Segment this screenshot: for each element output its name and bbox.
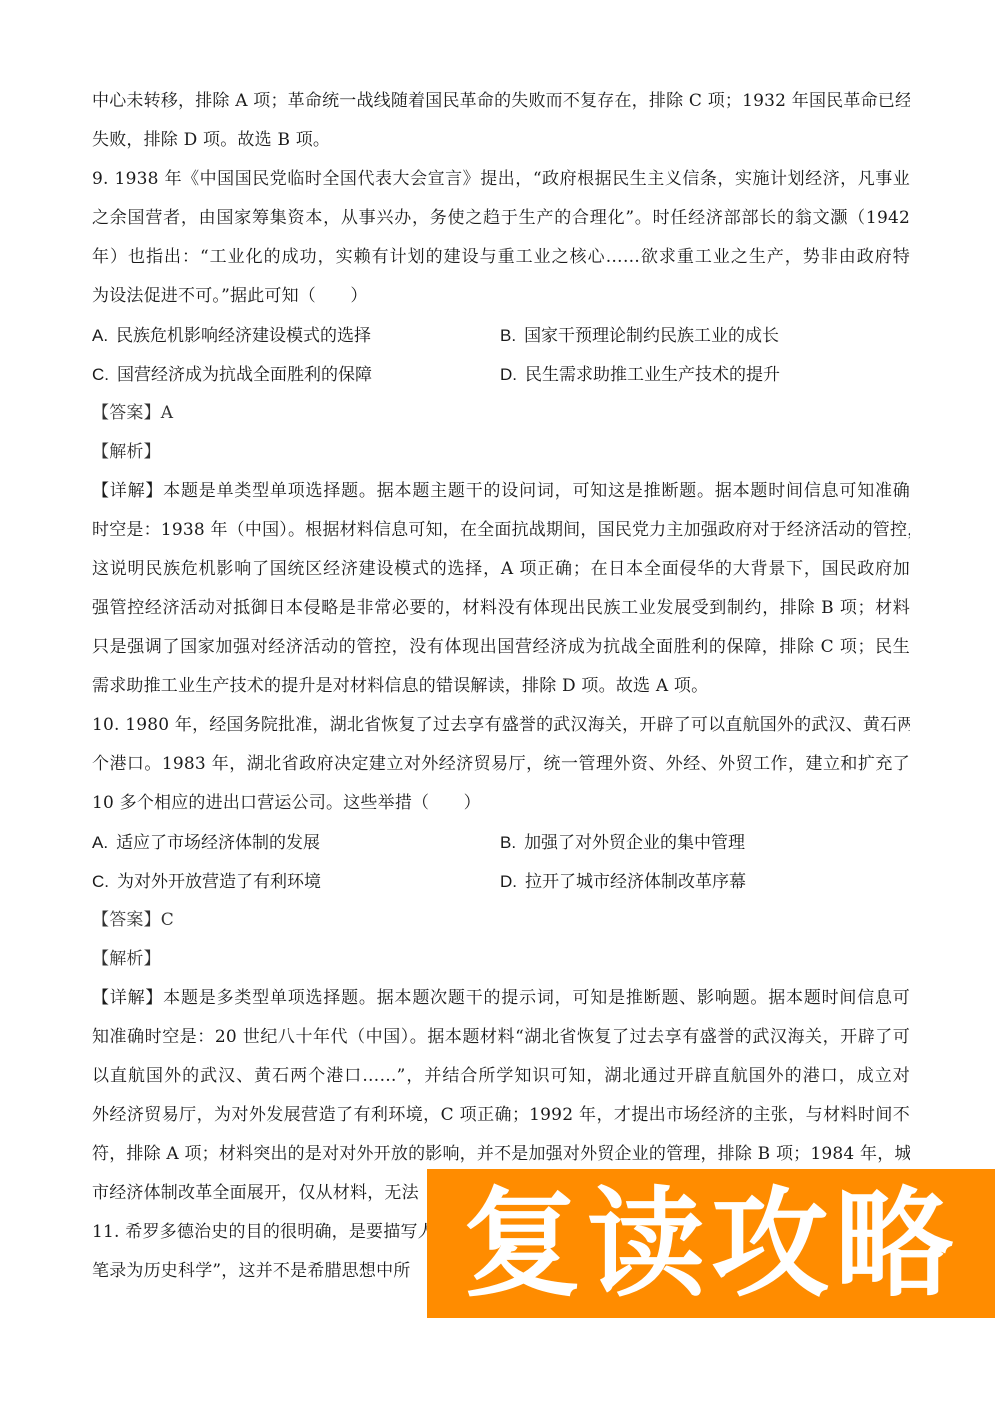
option-letter: D. bbox=[500, 872, 517, 891]
q9-analysis-label: 【解析】 bbox=[92, 433, 912, 472]
q10-option-a: A.适应了市场经济体制的发展 bbox=[92, 823, 320, 863]
q9-stem-line-3: 年）也指出：“工业化的成功，实赖有计划的建设与重工业之核心……欲求重工业之生产，… bbox=[92, 238, 910, 277]
q9-option-c: C.国营经济成为抗战全面胜利的保障 bbox=[92, 355, 372, 395]
q10-option-c: C.为对外开放营造了有利环境 bbox=[92, 862, 321, 902]
q9-detail-line-2: 时空是：1938 年（中国）。根据材料信息可知，在全面抗战期间，国民党力主加强政… bbox=[92, 511, 910, 550]
option-text: 民生需求助推工业生产技术的提升 bbox=[525, 365, 780, 385]
q10-answer: 【答案】C bbox=[92, 901, 912, 940]
q9-option-d: D.民生需求助推工业生产技术的提升 bbox=[500, 355, 780, 395]
q9-options-row-2: C.国营经济成为抗战全面胜利的保障 D.民生需求助推工业生产技术的提升 bbox=[92, 355, 912, 394]
q8-explanation-line-2: 失败，排除 D 项。故选 B 项。 bbox=[92, 121, 912, 160]
q10-options-row-2: C.为对外开放营造了有利环境 D.拉开了城市经济体制改革序幕 bbox=[92, 862, 912, 901]
question-9: 9. 1938 年《中国国民党临时全国代表大会宣言》提出，“政府根据民生主义信条… bbox=[92, 160, 912, 706]
q10-detail-line-1: 【详解】本题是多类型单项选择题。据本题次题干的提示词，可知是推断题、影响题。据本… bbox=[92, 979, 910, 1018]
q10-detail-line-4: 外经济贸易厅，为对外发展营造了有利环境，C 项正确；1992 年，才提出市场经济… bbox=[92, 1096, 910, 1135]
option-text: 适应了市场经济体制的发展 bbox=[116, 833, 320, 853]
q9-option-b: B.国家干预理论制约民族工业的成长 bbox=[500, 316, 779, 356]
watermark-banner: 复读攻略 bbox=[427, 1169, 995, 1318]
q10-option-d: D.拉开了城市经济体制改革序幕 bbox=[500, 862, 746, 902]
q10-stem-line-3: 10 多个相应的进出口营运公司。这些举措（ ） bbox=[92, 784, 912, 823]
q10-detail-line-2: 知准确时空是：20 世纪八十年代（中国）。据本题材料“湖北省恢复了过去享有盛誉的… bbox=[92, 1018, 910, 1057]
option-text: 加强了对外贸企业的集中管理 bbox=[524, 833, 745, 853]
q10-detail-line-3: 以直航国外的武汉、黄石两个港口……”，并结合所学知识可知，湖北通过开辟直航国外的… bbox=[92, 1057, 910, 1096]
option-text: 拉开了城市经济体制改革序幕 bbox=[525, 872, 746, 892]
q8-explanation-line-1: 中心未转移，排除 A 项；革命统一战线随着国民革命的失败而不复存在，排除 C 项… bbox=[92, 82, 910, 121]
option-text: 为对外开放营造了有利环境 bbox=[117, 872, 321, 892]
q9-stem-line-2: 之余国营者，由国家筹集资本，从事兴办，务使之趋于生产的合理化”。时任经济部部长的… bbox=[92, 199, 910, 238]
option-text: 民族危机影响经济建设模式的选择 bbox=[116, 326, 371, 346]
option-letter: B. bbox=[500, 326, 516, 345]
q9-answer: 【答案】A bbox=[92, 394, 912, 433]
q9-stem-line-4: 为设法促进不可。”据此可知（ ） bbox=[92, 277, 912, 316]
option-letter: C. bbox=[92, 365, 109, 384]
q9-detail-line-1: 【详解】本题是单类型单项选择题。据本题主题干的设问词，可知这是推断题。据本题时间… bbox=[92, 472, 910, 511]
q9-stem-line-1: 9. 1938 年《中国国民党临时全国代表大会宣言》提出，“政府根据民生主义信条… bbox=[92, 160, 910, 199]
q9-detail-line-5: 只是强调了国家加强对经济活动的管控，没有体现出国营经济成为抗战全面胜利的保障，排… bbox=[92, 628, 910, 667]
question-10: 10. 1980 年，经国务院批准，湖北省恢复了过去享有盛誉的武汉海关，开辟了可… bbox=[92, 706, 912, 1213]
option-letter: A. bbox=[92, 326, 108, 345]
option-text: 国营经济成为抗战全面胜利的保障 bbox=[117, 365, 372, 385]
q10-stem-line-2: 个港口。1983 年，湖北省政府决定建立对外经济贸易厅，统一管理外资、外经、外贸… bbox=[92, 745, 910, 784]
q10-analysis-label: 【解析】 bbox=[92, 940, 912, 979]
q9-option-a: A.民族危机影响经济建设模式的选择 bbox=[92, 316, 371, 356]
q10-stem-line-1: 10. 1980 年，经国务院批准，湖北省恢复了过去享有盛誉的武汉海关，开辟了可… bbox=[92, 706, 910, 745]
q9-options-row-1: A.民族危机影响经济建设模式的选择 B.国家干预理论制约民族工业的成长 bbox=[92, 316, 912, 355]
option-letter: D. bbox=[500, 365, 517, 384]
q9-detail-line-3: 这说明民族危机影响了国统区经济建设模式的选择，A 项正确；在日本全面侵华的大背景… bbox=[92, 550, 910, 589]
q9-detail-line-4: 强管控经济活动对抵御日本侵略是非常必要的，材料没有体现出民族工业发展受到制约，排… bbox=[92, 589, 910, 628]
watermark-text: 复读攻略 bbox=[463, 1185, 959, 1303]
q9-detail-line-6: 需求助推工业生产技术的提升是对材料信息的错误解读，排除 D 项。故选 A 项。 bbox=[92, 667, 912, 706]
option-letter: B. bbox=[500, 833, 516, 852]
option-text: 国家干预理论制约民族工业的成长 bbox=[524, 326, 779, 346]
q10-options-row-1: A.适应了市场经济体制的发展 B.加强了对外贸企业的集中管理 bbox=[92, 823, 912, 862]
q10-option-b: B.加强了对外贸企业的集中管理 bbox=[500, 823, 745, 863]
option-letter: C. bbox=[92, 872, 109, 891]
option-letter: A. bbox=[92, 833, 108, 852]
document-page: 中心未转移，排除 A 项；革命统一战线随着国民革命的失败而不复存在，排除 C 项… bbox=[92, 82, 912, 1291]
